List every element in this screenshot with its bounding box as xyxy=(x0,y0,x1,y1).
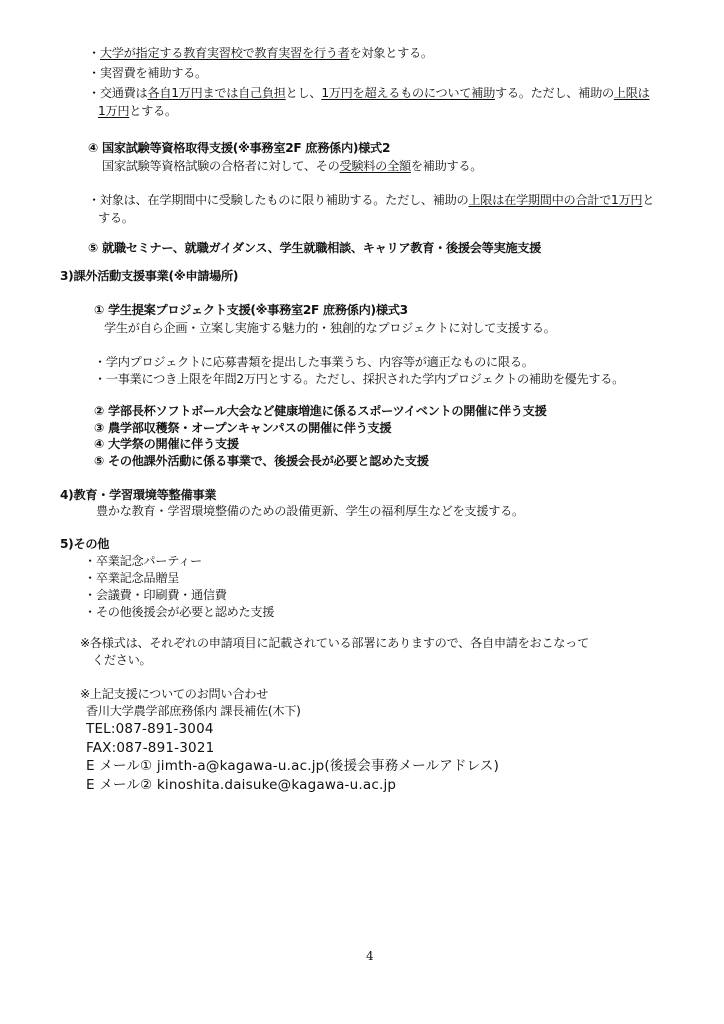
contact-tel: TEL:087-891-3004 xyxy=(86,721,214,737)
section5-title: 5)その他 xyxy=(60,536,109,552)
item4-note: ・対象は、在学期間中に受験したものに限り補助する。ただし、補助の上限は在学期間中… xyxy=(88,192,654,208)
section3-title: 3)課外活動支援事業(※申請場所) xyxy=(60,268,238,284)
section5-item: ・その他後援会が必要と認めた支援 xyxy=(84,604,274,620)
section3-item1-desc: 学生が自ら企画・立案し実施する魅力的・独創的なプロジェクトに対して支援する。 xyxy=(104,320,555,336)
item4-heading: ④ 国家試験等資格取得支援(※事務室2F 庶務係内)様式2 xyxy=(88,140,390,156)
section5-item: ・卒業記念パーティー xyxy=(84,553,202,569)
section4-desc: 豊かな教育・学習環境整備のための設備更新、学生の福利厚生などを支援する。 xyxy=(96,503,524,519)
forms-note-cont: ください。 xyxy=(92,652,151,668)
section3-item1-note1: ・学内プロジェクトに応募書類を提出した事業うち、内容等が適正なものに限る。 xyxy=(94,354,534,370)
section3-item1-note2: ・一事業につき上限を年間2万円とする。ただし、採択された学内プロジェクトの補助を… xyxy=(94,371,624,387)
contact-email2[interactable]: E メール② kinoshita.daisuke@kagawa-u.ac.jp xyxy=(86,777,396,793)
page-number: 4 xyxy=(366,949,374,963)
forms-note: ※各様式は、それぞれの申請項目に記載されている部署にありますので、各自申請をおこ… xyxy=(80,635,589,651)
section3-item4: ④ 大学祭の開催に伴う支援 xyxy=(94,436,239,452)
bullet-transport-fee: ・交通費は各自1万円までは自己負担とし、1万円を超えるものについて補助する。ただ… xyxy=(88,85,650,101)
item4-note-cont: する。 xyxy=(98,210,134,226)
bullet-practice-target: ・大学が指定する教育実習校で教育実習を行う者を対象とする。 xyxy=(88,45,433,61)
section4-title: 4)教育・学習環境等整備事業 xyxy=(60,487,216,503)
bullet-transport-fee-cont: 1万円とする。 xyxy=(98,103,177,119)
item5-heading: ⑤ 就職セミナー、就職ガイダンス、学生就職相談、キャリア教育・後援会等実施支援 xyxy=(88,240,541,256)
contact-title: ※上記支援についてのお問い合わせ xyxy=(80,686,268,702)
section3-item1-heading: ① 学生提案プロジェクト支援(※事務室2F 庶務係内)様式3 xyxy=(94,302,408,318)
section5-item: ・会議費・印刷費・通信費 xyxy=(84,587,227,603)
section3-item2: ② 学部長杯ソフトボール大会など健康増進に係るスポーツイベントの開催に伴う支援 xyxy=(94,403,546,419)
item4-desc: 国家試験等資格試験の合格者に対して、その受験料の全額を補助する。 xyxy=(102,158,482,174)
bullet-practice-fee: ・実習費を補助する。 xyxy=(88,65,207,81)
section3-item5: ⑤ その他課外活動に係る事業で、後援会長が必要と認めた支援 xyxy=(94,453,429,469)
contact-fax: FAX:087-891-3021 xyxy=(86,740,214,756)
contact-office: 香川大学農学部庶務係内 課長補佐(木下) xyxy=(86,703,301,719)
section5-item: ・卒業記念品贈呈 xyxy=(84,570,179,586)
contact-email1[interactable]: E メール① jimth-a@kagawa-u.ac.jp(後援会事務メールアド… xyxy=(86,758,499,774)
section3-item3: ③ 農学部収穫祭・オープンキャンパスの開催に伴う支援 xyxy=(94,420,391,436)
